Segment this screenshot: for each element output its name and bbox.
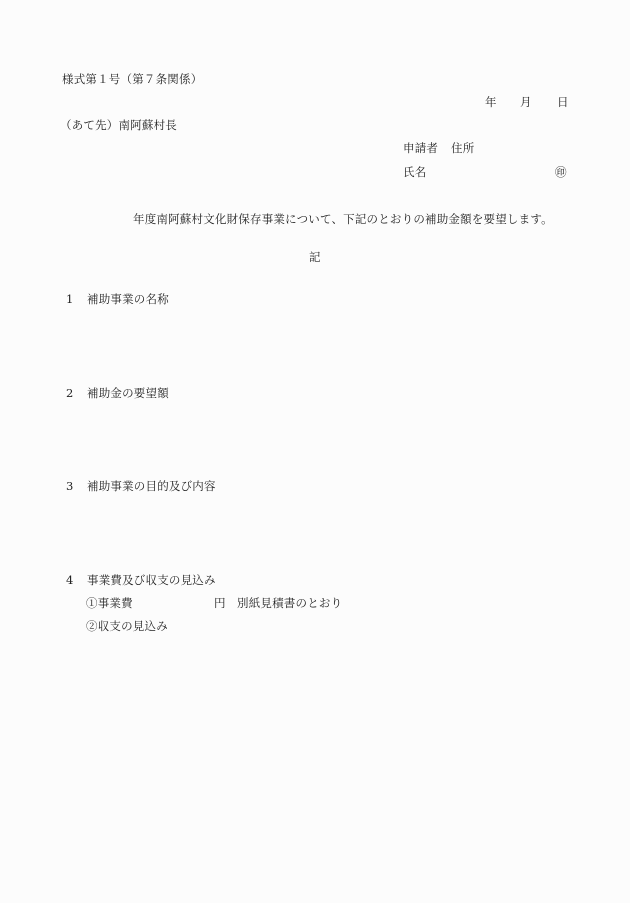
yen-label: 円 <box>214 596 226 610</box>
item-number-1: 1 <box>66 292 74 306</box>
address-label: 住所 <box>451 141 474 155</box>
item-label-project-name: 補助事業の名称 <box>87 292 169 306</box>
item-label-requested-amount: 補助金の要望額 <box>87 386 169 400</box>
item-label-cost-balance: 事業費及び収支の見込み <box>87 573 216 587</box>
request-sentence: 年度南阿蘇村文化財保存事業について、下記のとおりの補助金額を要望します。 <box>133 212 553 226</box>
seal-mark: ㊞ <box>555 165 567 179</box>
balance-label: ②収支の見込み <box>86 619 168 633</box>
form-number: 様式第１号（第７条関係） <box>62 72 202 86</box>
project-cost-label: ①事業費 <box>86 596 133 610</box>
item-number-3: 3 <box>66 479 74 493</box>
date-year-label: 年 <box>485 95 497 109</box>
addressee: （あて先）南阿蘇村長 <box>60 118 177 132</box>
item-number-4: 4 <box>66 573 74 587</box>
estimate-note: 別紙見積書のとおり <box>237 596 342 610</box>
name-label: 氏名 <box>403 165 426 179</box>
date-day-label: 日 <box>557 95 569 109</box>
item-label-purpose-content: 補助事業の目的及び内容 <box>87 479 216 493</box>
ki-heading: 記 <box>309 250 321 264</box>
item-number-2: 2 <box>66 386 74 400</box>
applicant-label: 申請者 <box>403 141 438 155</box>
document-page: 様式第１号（第７条関係） 年 月 日 （あて先）南阿蘇村長 申請者 住所 氏名 … <box>0 0 630 903</box>
date-month-label: 月 <box>520 95 532 109</box>
